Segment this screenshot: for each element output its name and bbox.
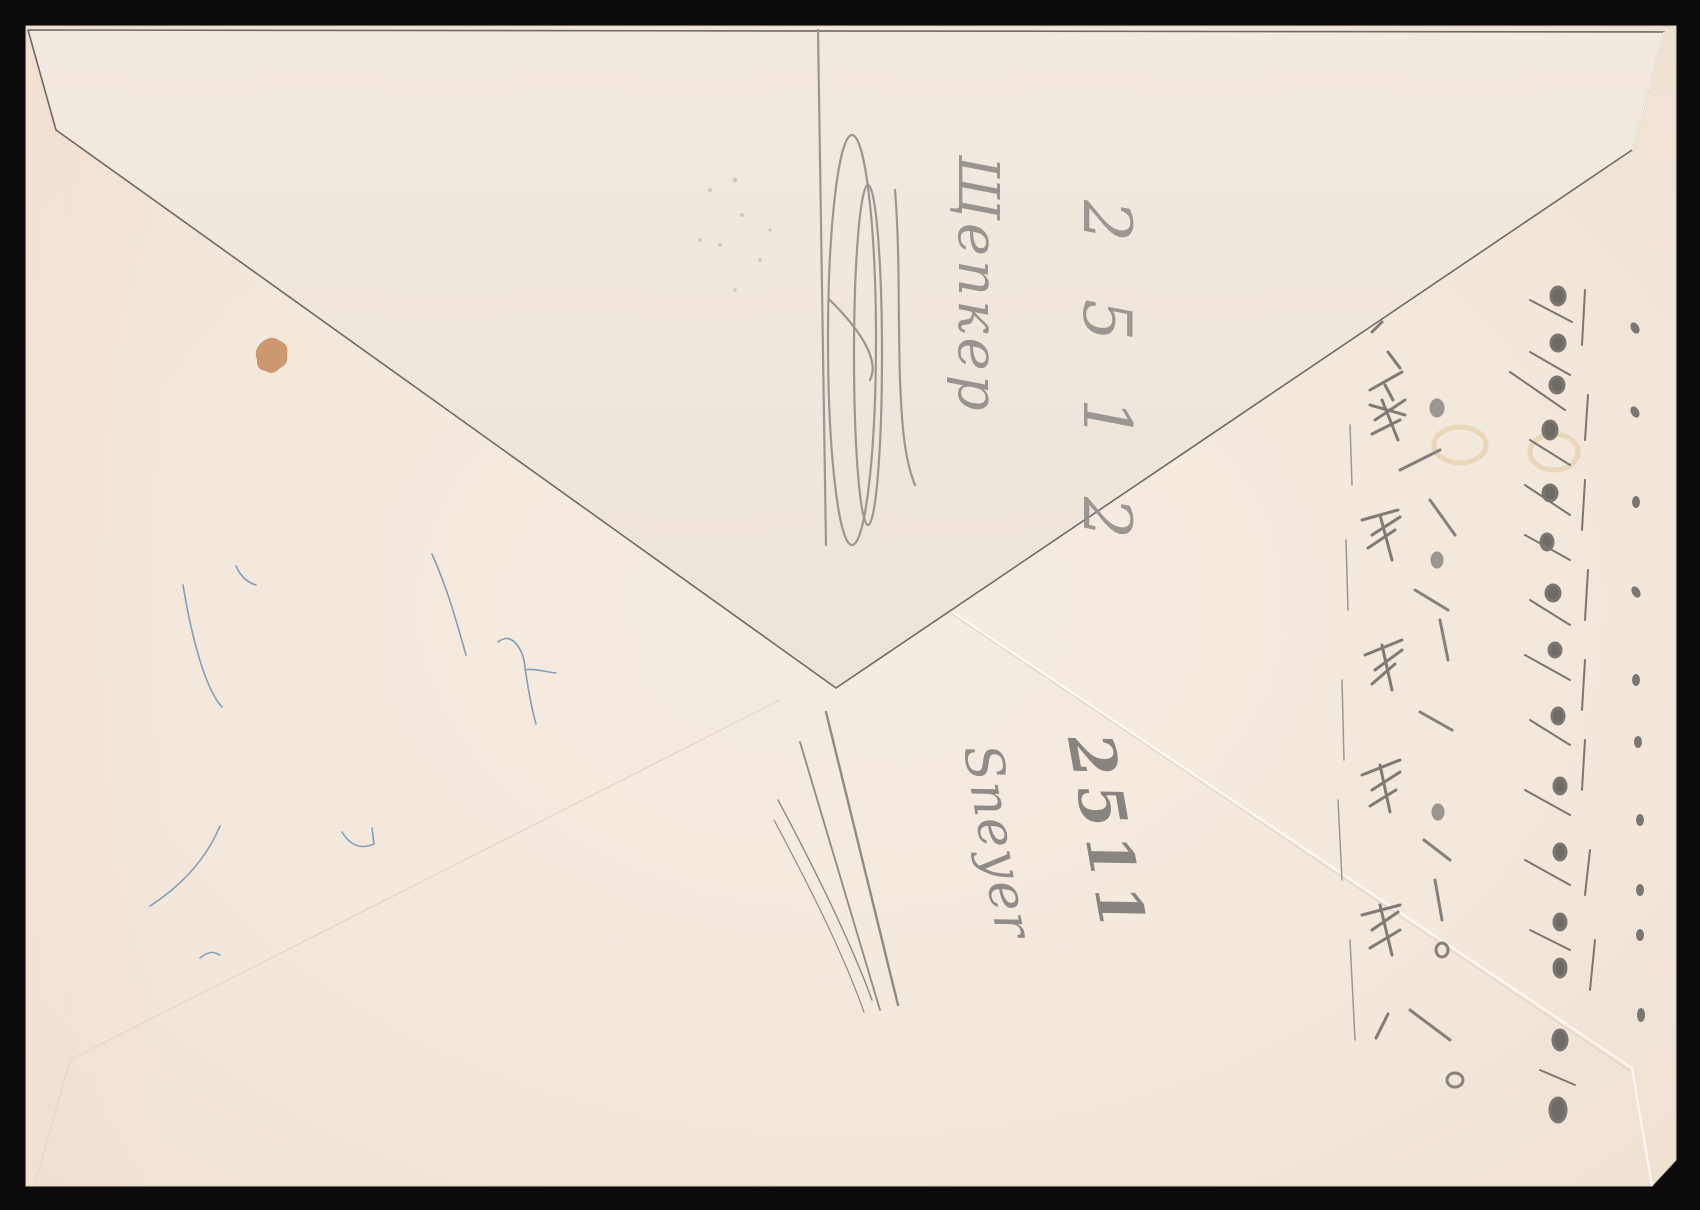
pencil-number-top: 2 5 1 2 [1068,200,1145,557]
paper-tint [26,26,166,1186]
pencil-word-top: Щепкер [945,155,1010,415]
envelope-photo [0,0,1700,1210]
